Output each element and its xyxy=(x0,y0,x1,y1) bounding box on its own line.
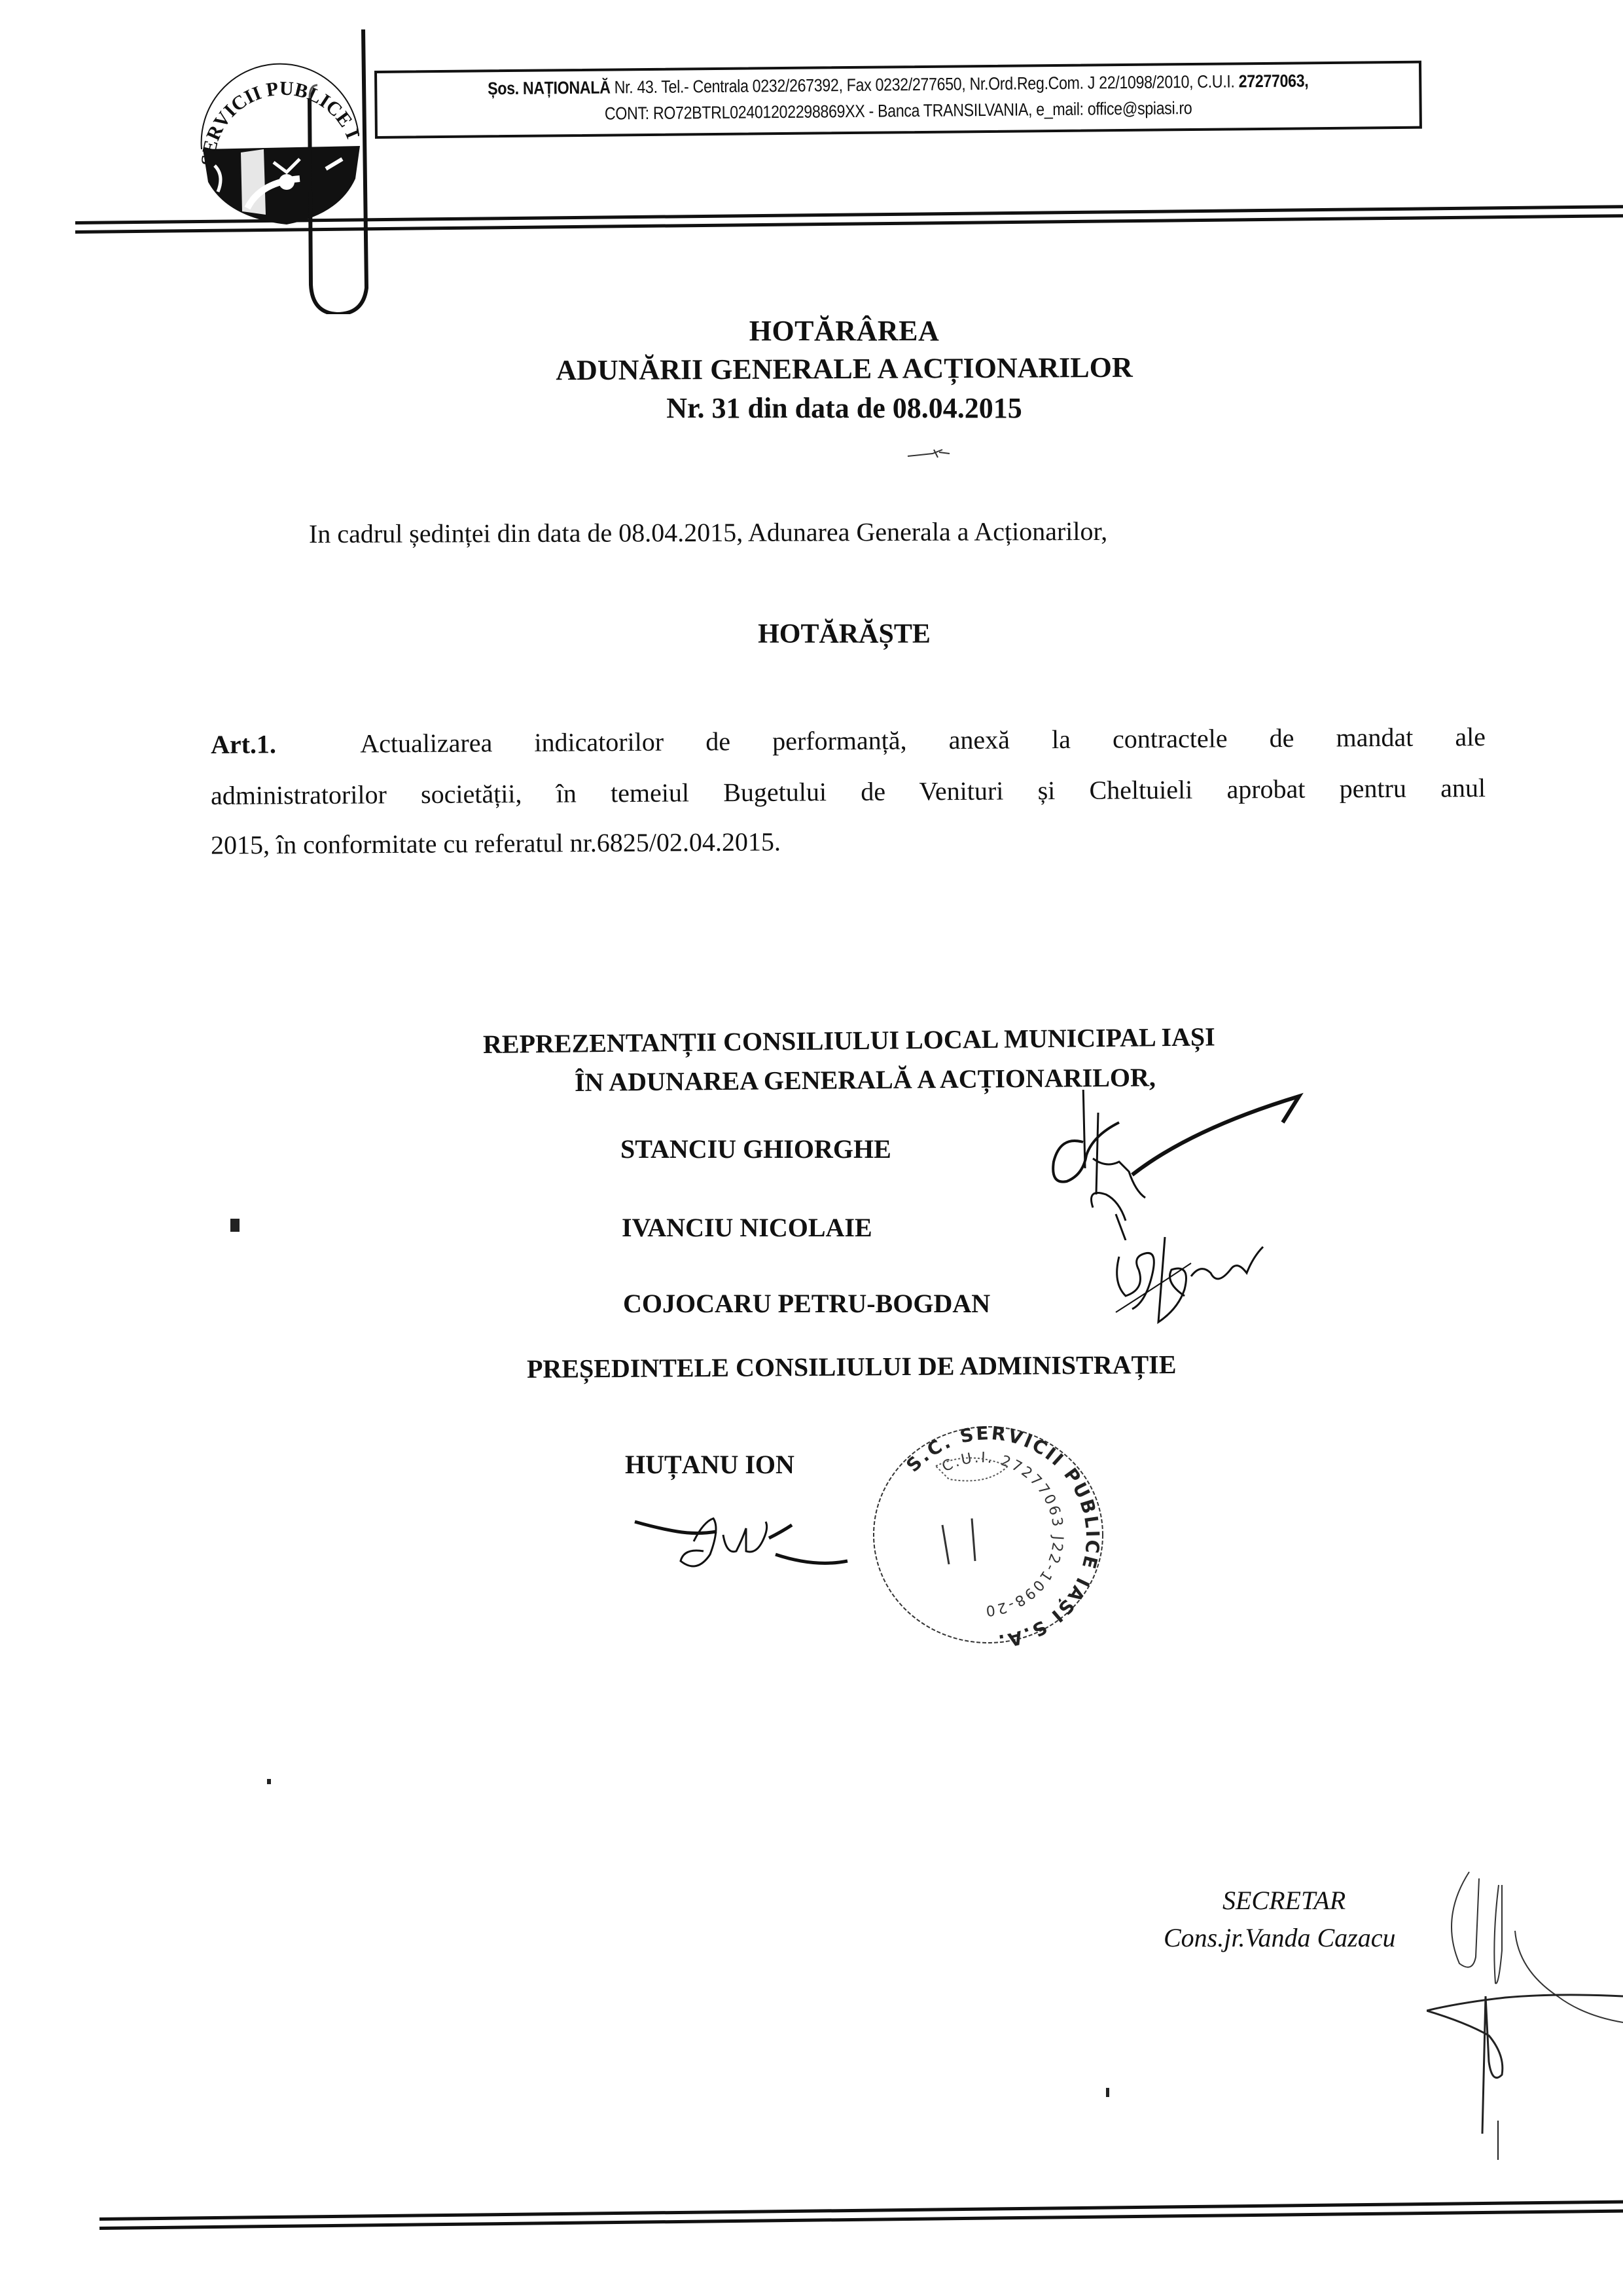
article-label: Art.1. xyxy=(211,729,276,759)
letterhead-contact: Nr. 43. Tel.- Centrala 0232/267392, Fax … xyxy=(610,71,1238,97)
article-text: Actualizarea indicatorilor de performanț… xyxy=(360,722,1486,759)
letterhead-cui: 27277063, xyxy=(1239,71,1309,91)
signature-cojocaru xyxy=(1106,1230,1289,1329)
secretary-title: SECRETAR xyxy=(1222,1885,1346,1916)
paperclip-icon xyxy=(298,26,383,314)
signature-hutanu xyxy=(632,1515,854,1587)
svg-text:S.C. SERVICII PUBLICE IAȘI S.A: S.C. SERVICII PUBLICE IAȘI S.A. xyxy=(857,1414,1119,1656)
letterhead-street: Șos. NAȚIONALĂ xyxy=(488,78,611,99)
president-title: PREȘEDINTELE CONSILIULUI DE ADMINISTRAȚI… xyxy=(527,1349,1177,1384)
pen-mark-icon xyxy=(906,447,952,460)
company-stamp: S.C. SERVICII PUBLICE IAȘI S.A. C.U.I. 2… xyxy=(857,1414,1119,1656)
document-title: HOTĂRÂREA xyxy=(0,314,1623,348)
scan-speck xyxy=(1497,2121,1499,2160)
secretary-name: Cons.jr.Vanda Cazacu xyxy=(1164,1922,1396,1953)
stamp-outer-text: S.C. SERVICII PUBLICE IAȘI S.A. xyxy=(857,1414,1119,1656)
letterhead-box: Șos. NAȚIONALĂ Nr. 43. Tel.- Centrala 02… xyxy=(374,61,1422,139)
member-name: STANCIU GHIORGHE xyxy=(620,1134,891,1164)
document-subtitle: ADUNĂRII GENERALE A ACȚIONARILOR xyxy=(0,348,1623,390)
signature-cazacu xyxy=(1427,1859,1623,2134)
scan-speck xyxy=(1106,2088,1109,2097)
footer-rule-bottom xyxy=(99,2210,1623,2230)
article-1-line: administratorilor societății, în temeiul… xyxy=(211,772,1486,811)
member-name: COJOCARU PETRU-BOGDAN xyxy=(623,1288,990,1319)
letterhead-account: CONT: RO72BTRL02401202298869XX - Banca T… xyxy=(450,97,1346,126)
scan-speck xyxy=(267,1779,271,1784)
representatives-heading: REPREZENTANȚII CONSILIULUI LOCAL MUNICIP… xyxy=(483,1021,1215,1060)
intro-paragraph: In cadrul ședinței din data de 08.04.201… xyxy=(309,516,1107,549)
signature-stanciu-ivanciu xyxy=(1021,1090,1309,1240)
article-1-line: 2015, în conformitate cu referatul nr.68… xyxy=(211,826,781,860)
letterhead-address: Șos. NAȚIONALĂ Nr. 43. Tel.- Centrala 02… xyxy=(450,71,1346,99)
scan-speck xyxy=(230,1219,240,1232)
document-number-date: Nr. 31 din data de 08.04.2015 xyxy=(0,391,1623,425)
decision-heading: HOTĂRĂȘTE xyxy=(0,619,1623,650)
member-name: IVANCIU NICOLAIE xyxy=(622,1212,872,1243)
president-name: HUȚANU ION xyxy=(625,1449,794,1480)
article-1-line: Art.1. Actualizarea indicatorilor de per… xyxy=(211,721,1486,760)
